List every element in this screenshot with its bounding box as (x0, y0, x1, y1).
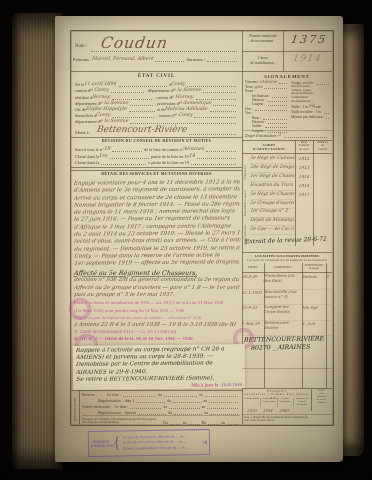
loc-subdiv: A. Juin (302, 321, 327, 326)
corps-date-header: Dates d’arrivée au corps (296, 141, 312, 151)
loc-date: 28-3-29 (242, 274, 265, 279)
etat-row: Né le11 avril 1894àConty (75, 81, 238, 87)
printed: au (202, 405, 206, 409)
decision-title: DÉCISION DU CONSEIL DE RÉVISION ET MOTIF… (71, 139, 242, 143)
stamp-line: Passé à la classe de mobilisation de 191… (74, 299, 240, 306)
printed: partie de la liste en 19 (151, 154, 189, 159)
printed: Du (163, 421, 168, 425)
marie-value: Bettencourt-Rivière (96, 125, 188, 135)
mixed-line-dark: Affecté au 5e Régiment de Chasseurs, (73, 269, 240, 277)
dotted-fill (265, 126, 287, 128)
field-row: Yeux :gris (245, 84, 289, 88)
periodes-stamp-lines: 1re période d’exercices effectuée du … a… (123, 434, 201, 452)
printed: fils de (75, 107, 86, 112)
handwritten: Conty (96, 113, 111, 118)
dotted-fill (209, 401, 238, 403)
double-rule-a (71, 167, 242, 168)
stamp-line: (1er Mars 1935) pour prendre rang du 14 … (74, 307, 240, 314)
matricule-value: 1375 (290, 33, 328, 46)
field-row: Base : (245, 115, 289, 119)
printed: Classé dans la (75, 154, 99, 159)
script-line: 1er septembre 1919 — affecté au 5e régim… (74, 260, 241, 269)
archival-register-photo: Nom : Coudun Prénoms : Marcel, Fernand, … (0, 0, 372, 480)
dotted-fill (112, 150, 142, 152)
localites-subdiv-header: SUBDIVISIONS de région (302, 264, 326, 270)
corps-entry: Dépôt de Montataire (249, 217, 295, 226)
dotted-fill (227, 423, 238, 425)
epoques-value (292, 408, 309, 413)
side-label-divider (79, 390, 80, 424)
periodes-line: Période complémentaire effectuée du … au… (123, 445, 201, 452)
printed: au (221, 421, 225, 425)
printed: au (204, 399, 208, 403)
services-handwriting: Engagé volontaire pour 4 ans le 11 décem… (74, 179, 241, 268)
marques-label: Marques parti- culières, signes physiono… (291, 85, 331, 105)
classe-value: 1914 (292, 54, 322, 64)
printed: , canton d (156, 113, 173, 118)
handwritten: 11 avril 1894 (84, 82, 117, 87)
corps-matricule-header: Numéros au contrôle (314, 141, 331, 151)
epoques-value: 1940 (276, 408, 293, 413)
corps-date: 1913 (295, 164, 313, 173)
epoques-value: 1934 (260, 408, 277, 413)
dotted-fill (129, 110, 155, 112)
field-row: Largeur : (245, 102, 289, 106)
dotted-fill (155, 60, 185, 62)
nez-label: Nez : (245, 111, 253, 115)
localites-title: LOCALITÉS SUCCESSIVES HABITÉES (242, 254, 332, 258)
taille2-label: Taille rectifiée : 1 m. (291, 110, 322, 114)
moyens-label: Mesuré par réduction : (291, 115, 324, 119)
marie-row: Marié à : Bettencourt-Rivière (75, 125, 238, 135)
prenoms-label: Prénoms : (73, 57, 92, 62)
dotted-fill (188, 423, 199, 425)
reserve-row: Régularisation :date 1duau (82, 397, 240, 403)
handwritten: e la Somme (100, 119, 129, 124)
printed: Armée territoriale (82, 405, 110, 409)
loc-subdiv: 18e Rgt (302, 305, 327, 310)
printed: Réserve . . . . (82, 393, 102, 397)
field-row: Hauteur : (245, 120, 289, 124)
handwritten: ’Airaines (181, 146, 204, 152)
front-label: Front : (245, 89, 255, 93)
signalement-title: SIGNALEMENT (242, 74, 332, 79)
localites-row: 1 Mai 39Bettencourt-RivièreA. Juin (242, 321, 332, 337)
corps-entry: 3e Régt de Cuirassiers (249, 155, 295, 164)
mixed-line: puis au groupe n° 3 le 1er mai 1937. (73, 292, 240, 299)
corps-side-label: Disponibilité et réserve (244, 190, 247, 216)
handwritten: Hornoy (92, 95, 111, 100)
handwritten: Malvina Adélaïde (165, 107, 208, 112)
dotted-fill (119, 85, 168, 87)
dotted-fill (130, 407, 161, 409)
mixed-line: Affecté au 2e groupe d’ouvriers — gare n… (73, 285, 240, 292)
rule (242, 414, 332, 415)
field-row: Hauteur : (245, 98, 289, 102)
printed: du (163, 405, 167, 409)
dotted-fill (284, 136, 327, 138)
dotted-fill (196, 98, 236, 100)
nom-value: Coudun (100, 34, 170, 52)
classe-label: Classe de mobilisation : (243, 56, 283, 65)
printed: e partie de la liste en 19 (148, 160, 189, 165)
epoques-note: Nota. — Rayer celles de ces mentions qui… (244, 416, 330, 422)
handwritten: e Conty (90, 88, 109, 93)
corps-entry: Escadron du Train n° 3 (249, 182, 295, 191)
dotted-fill (272, 96, 287, 98)
mis-a-jour-date: 10-8-1940 (221, 383, 242, 388)
dotted-fill (112, 98, 152, 100)
localites-row: 28-3-29Franvillers (ch. des Bois)AmiensR (242, 274, 332, 290)
periodes-mark: 78 (202, 439, 207, 444)
dotted-fill (324, 112, 329, 114)
corps-entry: 1er Groupe n° 3 (249, 208, 295, 217)
loc-date: 25-9-33 (242, 305, 265, 310)
instruction-row: Degré d’instruction : 3 (245, 132, 329, 138)
dotted-fill (187, 85, 236, 87)
loc-commune: Bettencourt-Rivière (263, 321, 303, 331)
field-row: Cheveux :châtains (245, 80, 289, 84)
printed: , département d (146, 88, 173, 93)
nez-sub: Base : (252, 116, 261, 120)
printed: date 1 (125, 399, 134, 403)
mixed-line: décision n° 936 2/R du général commandan… (73, 277, 240, 284)
field-row: Mesuré par réduction : (291, 114, 331, 119)
loc-note: R (326, 274, 333, 279)
rule (242, 130, 332, 131)
dotted-fill (205, 395, 238, 397)
stamp-line: X. classe de mobilisation 1914 — Cl. 26-… (74, 329, 240, 336)
rule (242, 153, 332, 154)
handwritten: 14 (188, 153, 195, 159)
stamp-line: Affecté au parc de réparation des chars … (74, 314, 240, 321)
front-sub: Inclinaison : (252, 94, 270, 98)
dos-label: Dos : (245, 107, 253, 111)
periodes-stamp: PÉRIODES D’EXERCICES { 1re période d’exe… (88, 429, 210, 457)
handwritten: 19 (103, 146, 110, 152)
front-sub: Hauteur : (252, 98, 266, 102)
yeux-label: Yeux : (245, 85, 255, 89)
dotted-fill (113, 116, 155, 118)
dotted-fill (268, 100, 287, 102)
dotted-fill (206, 150, 236, 152)
marie-label: Marié à : (75, 130, 91, 135)
handwritten: Conty (171, 82, 186, 87)
taille-value: 68 (308, 104, 314, 109)
nez-sub: Saillie : (252, 124, 263, 128)
printed: au (183, 421, 187, 425)
dotted-fill (208, 423, 219, 425)
corps-entry: 1er Régt de Chasseurs (249, 173, 295, 182)
corps-dates: 1912 1913 1914 1916 1917 (296, 155, 312, 200)
services-title: DÉTAIL DES SERVICES ET MUTATIONS DIVERSE… (71, 172, 242, 176)
corps-date: 1917 (295, 191, 313, 200)
matricule-rule (242, 51, 332, 52)
rule (242, 368, 332, 369)
field-row: Saillie : (245, 124, 289, 128)
localites-dates-header: DATES (242, 265, 264, 269)
taille-unit: cent. (314, 105, 321, 109)
etat-row: résidant àHornoy, canton de Hornoy (75, 93, 238, 99)
field-row: Inclinaison : (245, 93, 289, 97)
handwritten: e la Somme (100, 101, 129, 106)
instruction-label: Degré d’instruction : (245, 133, 278, 138)
loc-commune: Bourseville (rue Neuve n° 3) (263, 290, 303, 300)
matricule-divider (283, 30, 284, 71)
dotted-fill (268, 122, 287, 124)
corps-entry: 5e Régt de Chasseurs (249, 191, 295, 200)
printed: Inscrit sous le n° (75, 147, 104, 152)
handwritten: e domestique (178, 101, 211, 106)
etat-row: domiciliés àConty, canton de Conty (75, 112, 238, 118)
localites-subtitle: PAR SUITE DE CHANGEMENTS DE DOMICILE OU … (242, 259, 332, 262)
front-sub: Largeur : (252, 102, 266, 106)
corps-entry: 2e Gpe — 4e Cie (rés.) (249, 226, 295, 235)
gvc-label: Époques où l’homme a été dispensé du ser… (82, 418, 160, 425)
mis-a-jour-stamp: Mis à jour le (191, 383, 218, 388)
printed: canton d (75, 88, 90, 93)
epoques-values: 1920 1934 1940 (244, 408, 330, 413)
dotted-fill (213, 104, 236, 106)
dotted-fill (203, 91, 236, 93)
loc-commune: Franvillers (ch. des Bois) (263, 274, 303, 284)
etat-row: canton de Conty, département de la Somme (75, 87, 238, 93)
printed: département d (75, 119, 100, 124)
dotted-fill (279, 82, 287, 84)
printed: Classé dans la (75, 160, 99, 165)
dotted-fill (164, 395, 197, 397)
header-rule (71, 71, 332, 72)
matricule-label: Numéro matricule du recrutement : (243, 34, 283, 43)
localites-row: 21-1-1931Bourseville (rue Neuve n° 3) (242, 290, 332, 306)
gvc-row: Époques où l’homme a été dispensé du ser… (82, 417, 240, 425)
decision-rows: Inscrit sous le n°19de la liste du canto… (75, 146, 238, 165)
prenoms-row: Prénoms : Marcel, Fernand, Albert Surnom… (73, 56, 239, 62)
decision-row: Inscrit sous le n°19de la liste du canto… (75, 146, 238, 152)
etat-row: département de la Somme, profession de d… (75, 100, 238, 106)
handwritten: e Hornoy (171, 95, 194, 100)
handwritten: e la Somme (172, 88, 201, 93)
residence-big-line2: 80270 _ AIRAINES (251, 343, 331, 351)
printed: Du (202, 421, 207, 425)
epoques-cols: la disponibilité la réserve de l’armée a… (244, 398, 310, 407)
etat-row: fils deEliphe Hippolyteet deMalvina Adél… (75, 106, 238, 112)
epoques-date-header: DATE de la libération du service militai… (312, 390, 331, 405)
corps-date: 1914 (295, 173, 313, 182)
visage-value: ovale (303, 80, 314, 85)
services-mixed-entries: Affecté au 5e Régiment de Chasseurs, déc… (74, 269, 240, 344)
reserve-row: Réserve . . . .1re date :duau (82, 391, 240, 397)
nez-sub: Hauteur : (252, 120, 266, 124)
dotted-fill (263, 118, 287, 120)
signalement-right: Visage :ovale Marques parti- culières, s… (291, 80, 331, 119)
nom-underline (91, 51, 237, 52)
printed: du (158, 393, 162, 397)
decision-row: Classé dans lae partie de la liste en 19 (75, 159, 238, 165)
localites-communes-header: COMMUNES (264, 265, 302, 269)
printed: au (199, 393, 203, 397)
reserve-row: Armée territoriale1re date :duau (82, 403, 240, 409)
brace-glyph: { (113, 435, 121, 451)
dotted-fill (110, 157, 149, 159)
dotted-fill (189, 133, 236, 135)
dotted-fill (191, 163, 236, 165)
mixed-line: à Amiens 22 R 4 le 5 avril 1938 — 19 R l… (73, 322, 240, 329)
loc-date: 21-1-1931 (242, 290, 265, 295)
decision-row: Classé dans la1repartie de la liste en 1… (75, 152, 238, 158)
corps-col-divider (313, 140, 314, 246)
corps-side-label: Armée active (244, 165, 247, 180)
dotted-fill (207, 407, 238, 409)
loc-commune: Longpré-les-Corps-Saints (263, 305, 303, 315)
printed: Régularisation : (98, 399, 123, 403)
dotted-fill (130, 104, 153, 106)
section-rule (71, 137, 242, 138)
dotted-fill (169, 407, 200, 409)
loc-date: 1 Mai 39 (242, 321, 265, 326)
dotted-fill (316, 83, 329, 85)
prenoms-value: Marcel, Fernand, Albert (91, 56, 153, 62)
handwritten: e Conty (173, 113, 192, 118)
dotted-fill (101, 163, 146, 165)
etat-civil-rows: Né le11 avril 1894àConty canton de Conty… (75, 81, 238, 124)
loc-subdiv: Amiens (302, 274, 327, 279)
instruction-value: 3 (278, 132, 282, 138)
printed: 1re date : (114, 405, 128, 409)
printed: , canton d (154, 95, 171, 100)
epoques-value: 1920 (244, 408, 261, 413)
name-block: Nom : Coudun (73, 32, 240, 52)
dotted-fill (326, 117, 329, 119)
epoques-col: l’armée territoriale (278, 398, 295, 407)
dotted-fill (173, 401, 202, 403)
register-page: Nom : Coudun Prénoms : Marcel, Fernand, … (55, 16, 343, 462)
dotted-fill (130, 122, 236, 124)
printed: domiciliés à (75, 113, 96, 118)
stamp-line: R. AF. n° 2 — relevé de la R. M. le 10 N… (74, 336, 240, 343)
printed: de la liste du canton d (144, 147, 182, 152)
corps-date: 1912 (295, 155, 313, 164)
yeux-value: gris (254, 84, 263, 89)
corps-header: CORPS D’AFFECTATION (244, 143, 294, 151)
periodes-stamp-side: PÉRIODES D’EXERCICES (91, 440, 111, 448)
dotted-fill (210, 110, 236, 112)
dotted-fill (268, 104, 287, 106)
signalement-left: Cheveux :châtains Yeux :gris Front : Inc… (245, 80, 289, 133)
dotted-fill (264, 87, 287, 89)
corps-entry: 28e Régt de Dragons (249, 164, 295, 173)
dotted-fill (123, 395, 156, 397)
dotted-fill (255, 109, 287, 111)
corps-date: 1916 (295, 182, 313, 191)
etat-civil-title: ÉTAT CIVIL (71, 74, 242, 79)
corps-rows: 3e Régt de Cuirassiers 28e Régt de Drago… (250, 155, 294, 235)
dotted-fill (111, 91, 144, 93)
nom-label: Nom : (75, 44, 87, 49)
handwritten: 1re (99, 153, 108, 159)
mobilization-note: Rappelé à l’activité au corps (regroupé … (73, 344, 245, 390)
reserve-side-label: SITUATIONS (73, 398, 77, 421)
surnoms-label: Surnoms : (186, 57, 205, 62)
printed: du (167, 399, 171, 403)
dotted-fill (207, 60, 237, 62)
printed: , profession d (155, 101, 179, 106)
dotted-fill (197, 157, 236, 159)
dotted-fill (170, 423, 181, 425)
dotted-fill (136, 401, 165, 403)
epoques-col: la réserve de l’armée territoriale (294, 398, 310, 407)
localites-rows: 28-3-29Franvillers (ch. des Bois)AmiensR… (242, 274, 332, 336)
rule (242, 272, 332, 273)
localites-row: 25-9-33Longpré-les-Corps-Saints18e Rgt (242, 305, 332, 321)
rule (242, 252, 332, 253)
printed: département d (75, 101, 100, 106)
etat-row: département de la Somme (75, 118, 238, 124)
handwritten: Eliphe Hippolyte (85, 107, 127, 112)
printed: résidant à (75, 95, 92, 100)
periodes-label-2: D’EXERCICES (91, 444, 111, 448)
taille-label: Taille : 1 m. (291, 105, 309, 109)
dotted-fill (194, 116, 236, 118)
round-stamp (69, 298, 91, 320)
field-row: Dos : (245, 106, 289, 110)
double-rule-b (71, 170, 242, 171)
epoques-col: la réserve de l’armée active (261, 398, 278, 407)
printed: 1re date : (106, 393, 120, 397)
epoques-col: la disponibilité (244, 398, 261, 407)
field-row: Taille rectifiée : 1 m. (291, 109, 331, 114)
reserve-rows: Réserve . . . .1re date :duau Régularisa… (82, 391, 240, 425)
rule (82, 415, 240, 416)
